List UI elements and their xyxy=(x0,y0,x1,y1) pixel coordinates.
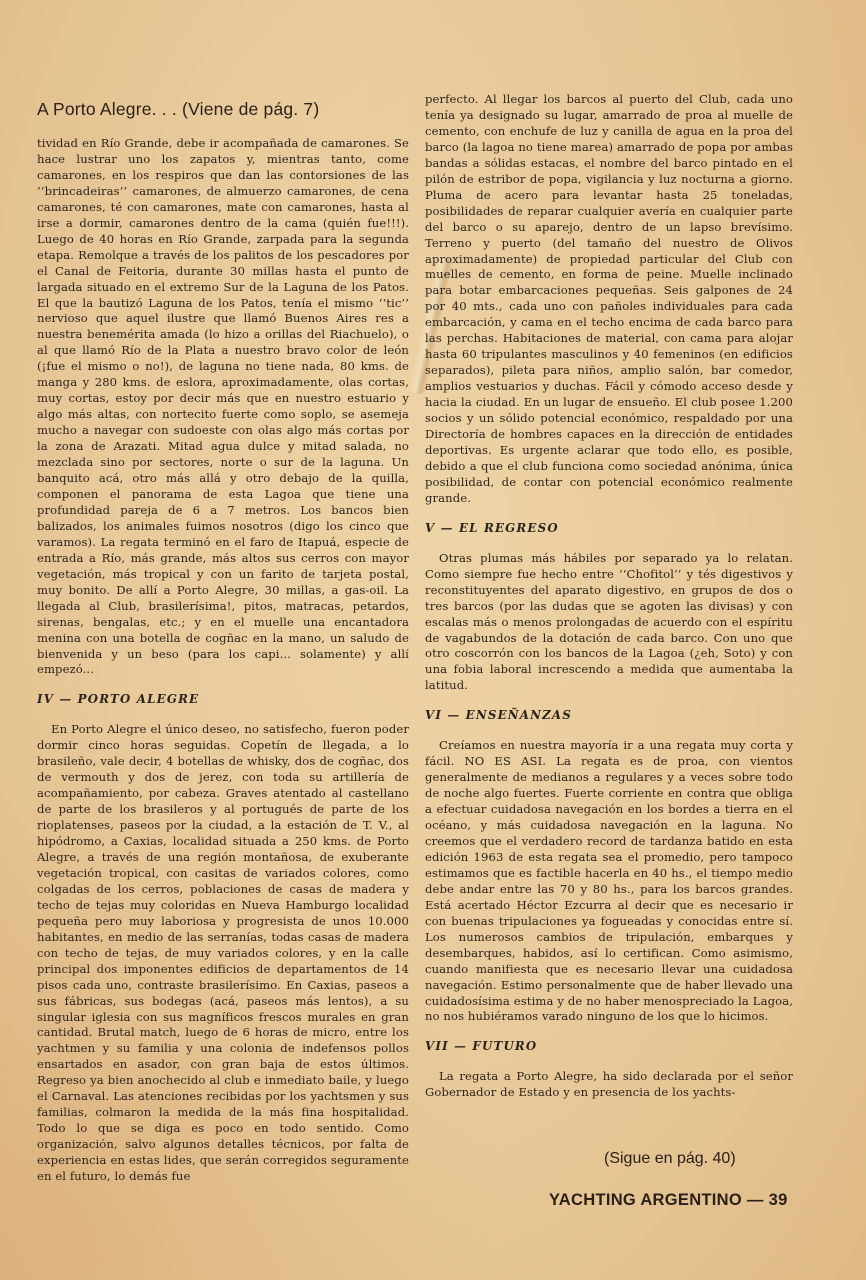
section-iv-heading: IV — PORTO ALEGRE xyxy=(37,692,409,708)
left-column: A Porto Alegre. . . (Viene de pág. 7) ti… xyxy=(37,92,409,1185)
section-v-paragraph: Otras plumas más hábiles por separado ya… xyxy=(425,551,793,695)
article-title: A Porto Alegre. . . (Viene de pág. 7) xyxy=(37,98,409,120)
section-iv-paragraph: En Porto Alegre el único deseo, no satis… xyxy=(37,722,409,1185)
page-footer: YACHTING ARGENTINO — 39 xyxy=(549,1191,788,1210)
continued-note: (Sigue en pág. 40) xyxy=(604,1150,736,1168)
right-column: perfecto. Al llegar los barcos al puerto… xyxy=(425,92,793,1101)
intro-paragraph: tividad en Río Grande, debe ir acompañad… xyxy=(37,136,409,678)
section-v-heading: V — EL REGRESO xyxy=(425,521,793,537)
section-vii-heading: VII — FUTURO xyxy=(425,1039,793,1055)
section-vii-paragraph: La regata a Porto Alegre, ha sido declar… xyxy=(425,1069,793,1101)
section-vi-paragraph: Creíamos en nuestra mayoría ir a una reg… xyxy=(425,738,793,1025)
section-vi-heading: VI — ENSEÑANZAS xyxy=(425,708,793,724)
continued-paragraph: perfecto. Al llegar los barcos al puerto… xyxy=(425,92,793,507)
